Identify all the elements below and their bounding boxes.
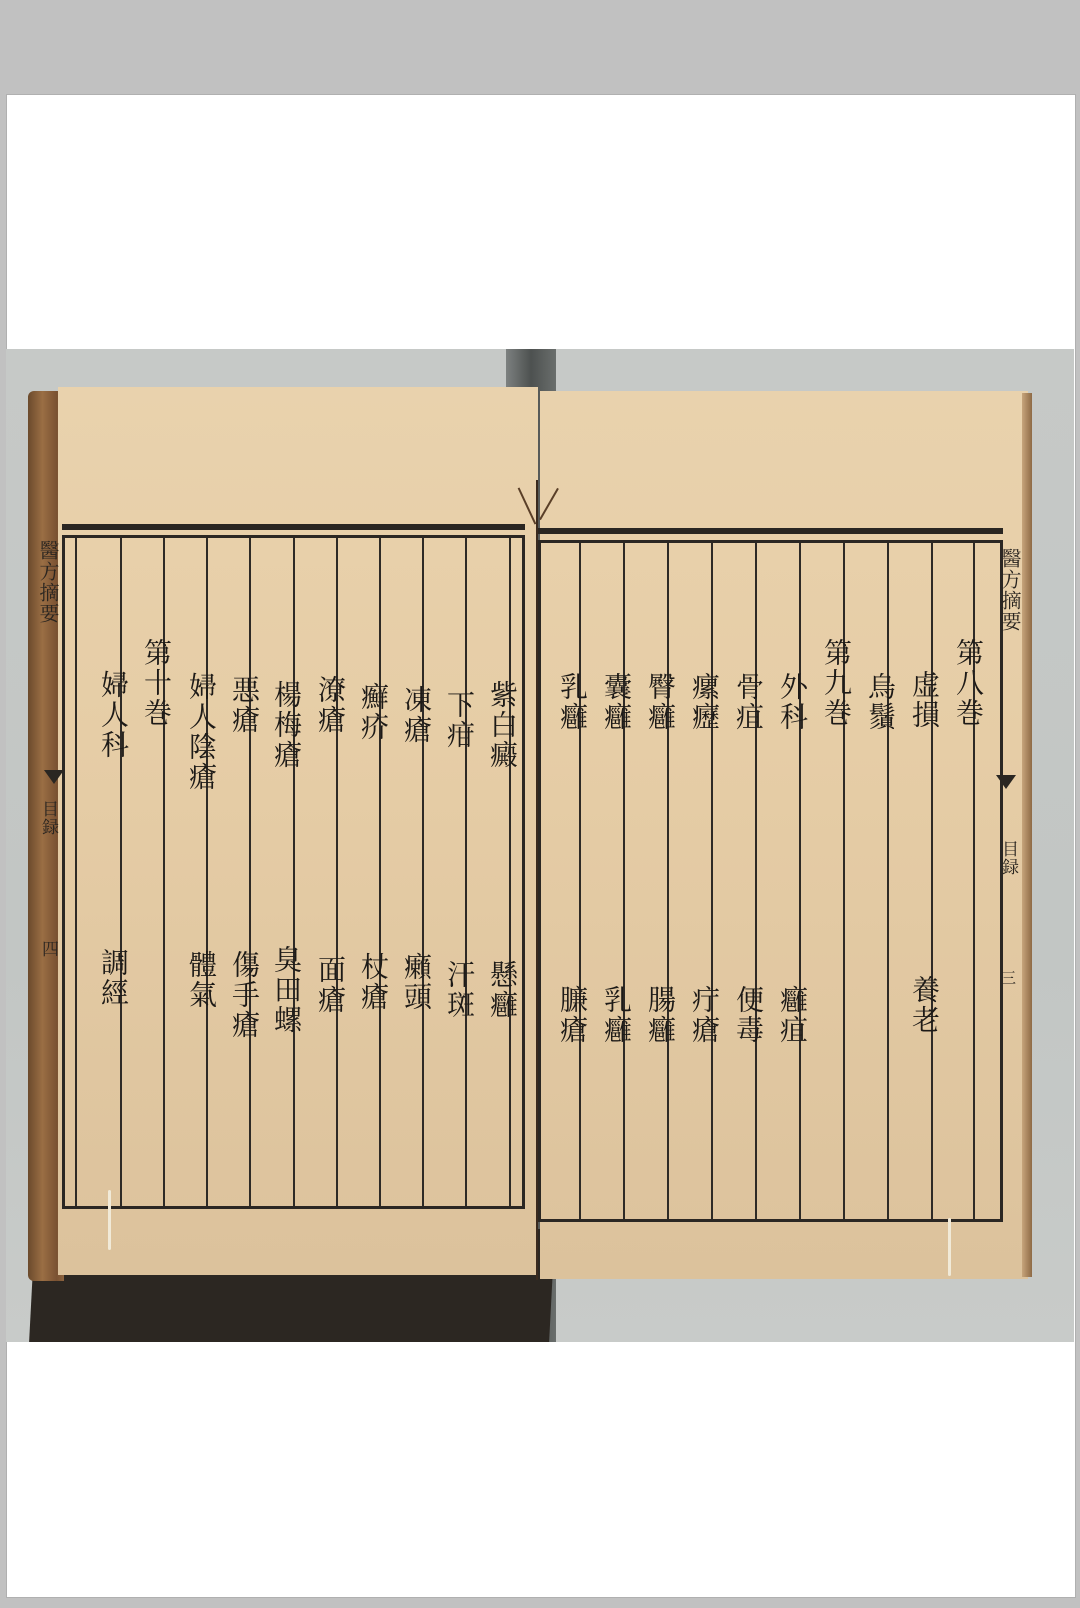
left-col-1-bottom: 懸癰 [484,960,520,1020]
left-col-8-bottom: 體氣 [183,950,219,1010]
right-col-3-top: 烏鬚 [862,672,898,732]
left-col-7-bottom: 傷手瘡 [226,950,262,1040]
right-col-6-top: 骨疽 [730,672,766,732]
right-col-9-top: 囊癰 [598,672,634,732]
right-top-ink-rule [538,528,1003,534]
right-fishtail-mark [996,775,1016,789]
right-col-2-bottom: 養老 [906,975,942,1035]
left-col-1-top: 紫白癜 [484,680,520,770]
left-col-3-bottom: 癩頭 [398,952,434,1012]
left-col-3-top: 凍瘡 [398,685,434,745]
right-col-10-bottom: 臁瘡 [554,985,590,1045]
right-stitch-thread [948,1218,951,1276]
right-col-7-bottom: 疔瘡 [686,985,722,1045]
left-col-10-bottom: 調經 [95,948,131,1008]
left-col-8-top: 婦人陰瘡 [183,672,219,792]
right-col-9-bottom: 乳癰 [598,985,634,1045]
right-margin-book-title: 醫方摘要 [996,548,1025,632]
right-col-5-top: 外科 [774,672,810,732]
right-col-7-top: 瘰癧 [686,672,722,732]
left-col-10-top: 婦人科 [95,670,131,760]
right-col-4-volume-heading: 第九巻 [818,638,854,728]
right-col-10-top: 乳癰 [554,672,590,732]
right-page-grid [538,540,1003,1222]
right-fore-edge [1022,393,1032,1277]
right-col-8-top: 臀癰 [642,672,678,732]
left-margin-book-title: 醫方摘要 [34,540,63,624]
left-col-9-volume-heading: 第十巻 [138,638,174,728]
left-stitch-thread [108,1190,111,1250]
left-col-5-top: 潦瘡 [312,675,348,735]
right-col-8-bottom: 腸癰 [642,985,678,1045]
left-col-7-top: 悪瘡 [226,675,262,735]
right-col-2-top: 虚損 [906,670,942,730]
left-fishtail-mark [44,770,64,784]
left-col-6-bottom: 臭田螺 [268,945,304,1035]
right-col-1-volume-heading: 第八巻 [950,638,986,728]
right-col-6-bottom: 便毒 [730,985,766,1045]
left-margin-section: 目録 [36,800,61,836]
left-col-2-top: 下疳 [441,690,477,750]
left-margin-leaf-number: 四 [36,940,61,958]
left-col-4-bottom: 杖瘡 [355,952,391,1012]
right-col-5-bottom: 癰疽 [774,985,810,1045]
left-col-4-top: 癬疥 [355,682,391,742]
right-margin-leaf-number: 三 [998,970,1019,986]
left-col-6-top: 楊梅瘡 [268,680,304,770]
right-margin-section: 目録 [996,840,1021,876]
left-page-grid [62,535,525,1209]
left-top-ink-rule [62,524,525,530]
left-col-2-bottom: 汗斑 [441,960,477,1020]
left-col-5-bottom: 面瘡 [312,955,348,1015]
